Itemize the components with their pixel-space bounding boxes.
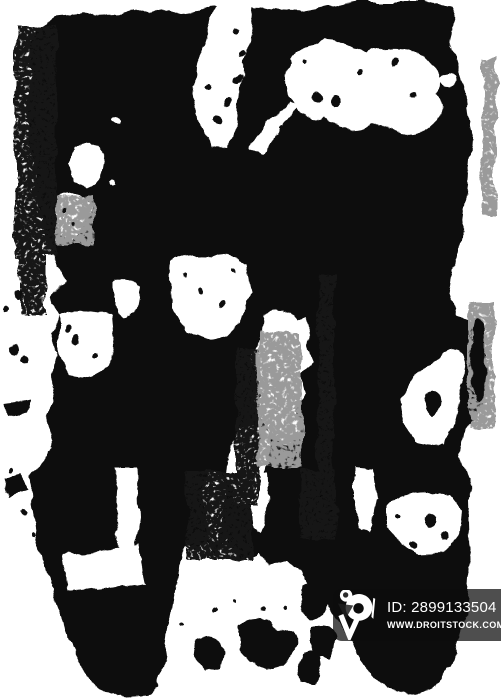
droitstock-logo-icon (338, 590, 380, 640)
stock-photo-canvas: ID: 2899133504 WWW.DROITSTOCK.COM (0, 0, 501, 700)
watermark-url: WWW.DROITSTOCK.COM (387, 619, 501, 631)
watermark-id: ID: 2899133504 (387, 599, 501, 616)
watermark-texts: ID: 2899133504 WWW.DROITSTOCK.COM (387, 599, 501, 631)
watermark-bar: ID: 2899133504 WWW.DROITSTOCK.COM (333, 589, 501, 641)
